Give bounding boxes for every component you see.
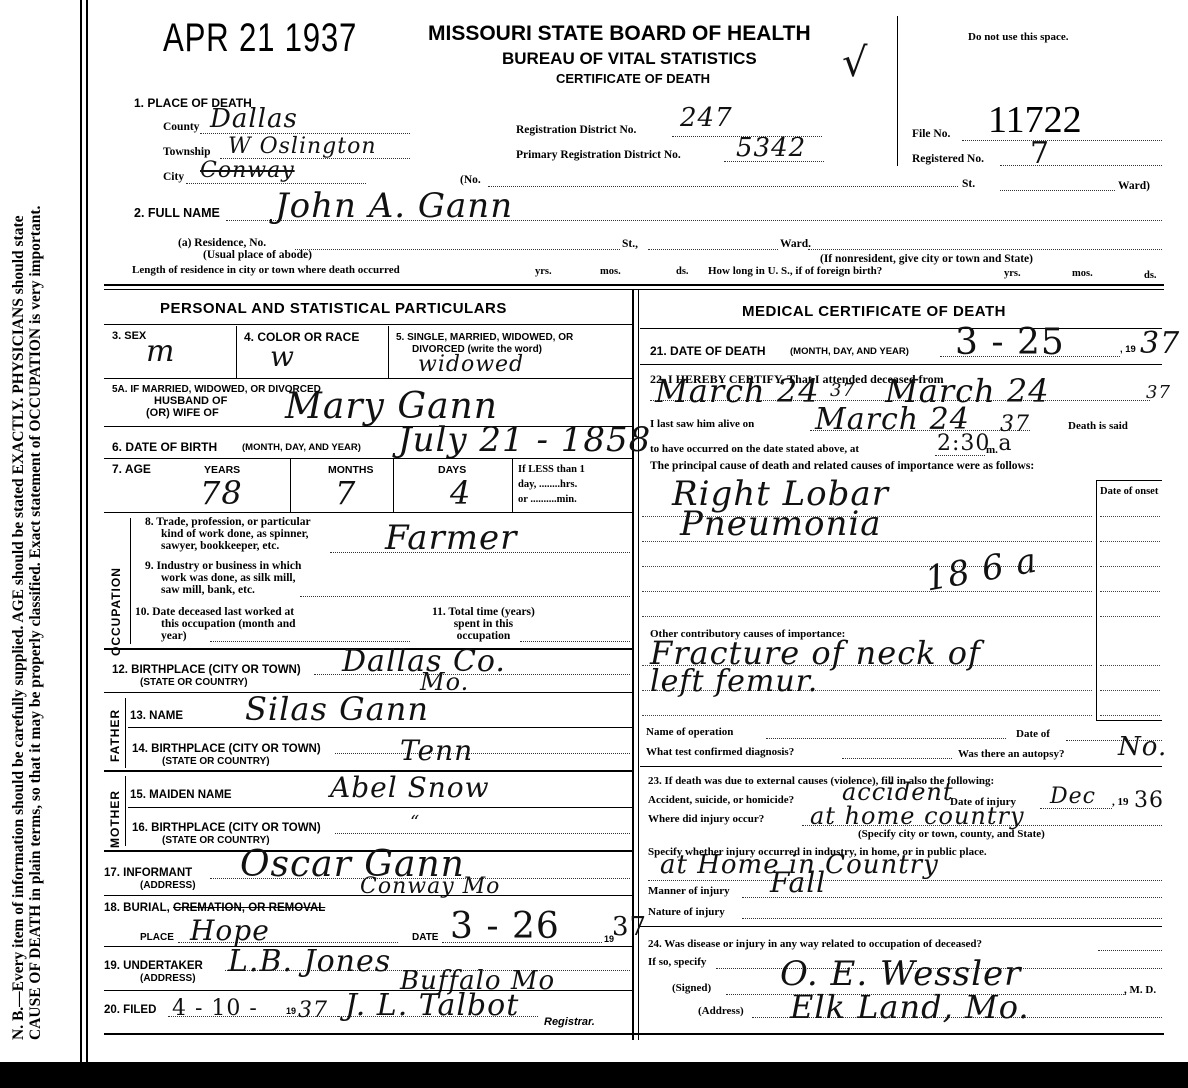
occupation-related-label: 24. Was disease or injury in any way rel… — [648, 938, 982, 950]
divider — [236, 326, 237, 378]
divider — [640, 328, 1162, 329]
marital-value: widowed — [418, 352, 524, 377]
operation-field[interactable] — [766, 738, 1006, 739]
filed-date-value: 4 - 10 - — [172, 996, 258, 1021]
father-side-label: FATHER — [108, 709, 122, 762]
operation-date-label: Date of — [1016, 728, 1050, 740]
medical-section-header: MEDICAL CERTIFICATE OF DEATH — [742, 303, 1006, 320]
dob-sub-label: (MONTH, DAY, AND YEAR) — [242, 442, 361, 453]
onset-line-3[interactable] — [1100, 566, 1160, 567]
residence-yrs-label: yrs. — [535, 266, 552, 277]
date-of-onset-label: Date of onset — [1100, 486, 1158, 497]
maiden-name-label: 15. MAIDEN NAME — [130, 789, 232, 801]
section-divider-top — [104, 284, 1164, 286]
where-injury-value: at home country — [810, 802, 1025, 830]
onset-column-divider — [1096, 480, 1097, 720]
registered-no-label: Registered No. — [912, 153, 984, 165]
street-no-label: (No. — [460, 174, 481, 186]
filed-year-prefix: 19 — [286, 1006, 296, 1016]
manner-value: Fall — [770, 866, 826, 899]
last-saw-label: I last saw him alive on — [650, 418, 754, 430]
attended-from-year: 37 — [830, 380, 855, 401]
cause-line-5[interactable] — [642, 616, 1092, 617]
dod-label: 21. DATE OF DEATH — [650, 344, 766, 358]
dod-year-prefix: , 19 — [1120, 344, 1136, 355]
section-divider-top-2 — [104, 289, 1164, 290]
father-birthplace-sub: (STATE OR COUNTRY) — [162, 756, 270, 767]
race-value: w — [270, 340, 295, 373]
test-label: What test confirmed diagnosis? — [646, 746, 794, 758]
full-name-value: John A. Gann — [275, 186, 513, 226]
other-cause-line-3[interactable] — [642, 715, 1092, 716]
do-not-use-label: Do not use this space. — [968, 31, 1069, 43]
residence-ds-label: ds. — [676, 266, 689, 277]
autopsy-label: Was there an autopsy? — [958, 748, 1064, 760]
nature-label: Nature of injury — [648, 906, 725, 918]
industry-label-2: work was done, as silk mill, — [145, 572, 301, 584]
burial-label-text: 18. BURIAL, — [104, 902, 170, 914]
if-so-specify-label: If so, specify — [648, 956, 706, 968]
full-name-label: 2. FULL NAME — [134, 206, 220, 220]
undertaker-name-value: L.B. Jones — [228, 944, 391, 979]
age-months-value: 7 — [335, 474, 356, 512]
divider — [104, 324, 632, 325]
attended-from-value: March 24 — [655, 372, 820, 410]
other-cause-value-2: left femur. — [650, 664, 818, 699]
nonresident-label: (If nonresident, give city or town and S… — [820, 253, 1033, 265]
divider — [128, 727, 632, 728]
divider — [512, 458, 513, 512]
trade-label: 8. Trade, profession, or particular kind… — [145, 516, 311, 552]
residence-ward-field[interactable] — [648, 249, 778, 250]
father-birthplace-value: Tenn — [400, 734, 473, 767]
foreign-birth-label: How long in U. S., if of foreign birth? — [708, 265, 882, 277]
total-time-label: 11. Total time (years) spent in this occ… — [432, 606, 535, 642]
age-years-value: 78 — [200, 474, 243, 512]
primary-district-label: Primary Registration District No. — [516, 149, 681, 161]
divider — [388, 326, 389, 378]
death-certificate: N. B.—Every item of information should b… — [0, 0, 1188, 1062]
nature-field[interactable] — [742, 918, 1162, 919]
time-value: 2:30 a — [937, 431, 1013, 456]
where-injury-label: Where did injury occur? — [648, 813, 764, 825]
industry-label-3: saw mill, bank, etc. — [145, 584, 301, 596]
board-title: MISSOURI STATE BOARD OF HEALTH — [428, 22, 811, 46]
primary-district-value: 5342 — [736, 133, 806, 163]
age-label: 7. AGE — [112, 462, 151, 476]
maiden-name-value: Abel Snow — [330, 771, 490, 804]
length-of-residence-label: Length of residence in city or town wher… — [132, 264, 400, 276]
manner-label: Manner of injury — [648, 885, 730, 897]
city-value: Conway — [200, 158, 295, 183]
signed-label: (Signed) — [672, 982, 711, 994]
divider — [125, 776, 126, 846]
usual-abode-label: (Usual place of abode) — [203, 249, 312, 261]
autopsy-value: No. — [1118, 732, 1167, 762]
last-worked-label: 10. Date deceased last worked at this oc… — [135, 606, 296, 642]
checkmark-icon: √ — [842, 40, 869, 86]
industry-label-1: 9. Industry or business in which — [145, 560, 301, 572]
burial-year-value: 37 — [612, 912, 647, 942]
burial-label: 18. BURIAL, CREMATION, OR REMOVAL — [104, 902, 325, 914]
injury-year-value: 36 — [1134, 788, 1164, 813]
registered-no-value: 7 — [1030, 136, 1050, 171]
dod-value: 3 - 25 — [955, 322, 1065, 363]
county-label: County — [163, 121, 199, 133]
m-label: m. — [986, 444, 998, 456]
cause-line-4[interactable] — [642, 591, 1092, 592]
residence-st-label: St., — [622, 238, 638, 250]
sex-value: m — [146, 334, 175, 369]
trade-value: Farmer — [385, 518, 517, 558]
file-no-label: File No. — [912, 128, 950, 140]
township-label: Township — [163, 146, 211, 158]
struck-cremation-label: CREMATION, OR REMOVAL — [173, 902, 325, 914]
minutes-field[interactable]: or ..........min. — [518, 494, 577, 505]
mother-side-label: MOTHER — [108, 790, 122, 848]
registered-no-field[interactable] — [1000, 165, 1162, 166]
specify-injury-field[interactable] — [648, 880, 1162, 881]
attended-to-year: 37 — [1146, 382, 1171, 403]
mother-birthplace-label: 16. BIRTHPLACE (CITY OR TOWN) — [132, 822, 321, 834]
burial-place-value: Hope — [190, 914, 270, 947]
residence-mos-label: mos. — [600, 266, 621, 277]
nonresident-field[interactable] — [808, 249, 1162, 250]
age-days-value: 4 — [450, 474, 471, 512]
spouse-label-2: HUSBAND OF — [154, 395, 227, 407]
ward-label: Ward) — [1118, 180, 1150, 192]
residence-label: (a) Residence, No. — [178, 237, 266, 249]
onset-line-6[interactable] — [1100, 665, 1160, 666]
residence-field[interactable] — [295, 249, 620, 250]
bottom-border — [104, 1033, 1164, 1035]
sex-label: 3. SEX — [112, 330, 146, 342]
dod-sub-label: (MONTH, DAY, AND YEAR) — [790, 346, 909, 357]
last-worked-field[interactable] — [210, 641, 410, 642]
operation-label: Name of operation — [646, 726, 733, 738]
undertaker-label: 19. UNDERTAKER — [104, 960, 203, 972]
injury-year-prefix: , 19 — [1112, 796, 1129, 808]
left-border — [80, 0, 82, 1062]
filed-label: 20. FILED — [104, 1004, 156, 1016]
informant-label: 17. INFORMANT — [104, 867, 192, 879]
undertaker-address-label: (ADDRESS) — [140, 973, 196, 984]
physician-address-value: Elk Land, Mo. — [790, 988, 1030, 1026]
father-name-label: 13. NAME — [130, 710, 183, 722]
divider — [640, 926, 1162, 927]
side-note-line-1: N. B.—Every item of information should b… — [10, 0, 27, 1040]
ward-field[interactable] — [1000, 190, 1115, 191]
personal-section-header: PERSONAL AND STATISTICAL PARTICULARS — [160, 300, 507, 317]
informant-address-label: (ADDRESS) — [140, 880, 196, 891]
birthplace-label: 12. BIRTHPLACE (CITY OR TOWN) — [112, 664, 301, 676]
occurred-label: to have occurred on the date stated abov… — [650, 443, 859, 455]
registration-district-value: 247 — [680, 103, 733, 133]
registration-district-label: Registration District No. — [516, 124, 636, 136]
race-label: 4. COLOR OR RACE — [244, 330, 359, 344]
occupation-side-label: OCCUPATION — [109, 567, 123, 656]
onset-line-2[interactable] — [1100, 541, 1160, 542]
onset-line-1[interactable] — [1100, 516, 1160, 517]
birthplace-sub-label: (STATE OR COUNTRY) — [140, 677, 248, 688]
onset-line-8[interactable] — [1100, 715, 1160, 716]
father-birthplace-label: 14. BIRTHPLACE (CITY OR TOWN) — [132, 743, 321, 755]
accident-label: Accident, suicide, or homicide? — [648, 794, 794, 806]
mother-birthplace-value: “ — [410, 812, 420, 833]
onset-line-5[interactable] — [1100, 616, 1160, 617]
onset-line-4[interactable] — [1100, 591, 1160, 592]
us-ds-label: ds. — [1144, 270, 1157, 281]
spouse-label-3: (OR) WIFE OF — [146, 407, 219, 419]
instructions-side-note: N. B.—Every item of information should b… — [10, 0, 44, 1040]
marital-label: 5. SINGLE, MARRIED, WIDOWED, OR — [396, 332, 573, 343]
burial-date-value: 3 - 26 — [450, 906, 560, 947]
city-label: City — [163, 171, 184, 183]
residence-ward-label: Ward. — [780, 238, 811, 250]
divider — [104, 458, 632, 459]
divider — [104, 378, 632, 379]
divider — [640, 766, 1162, 767]
cause-value-2: Pneumonia — [680, 504, 882, 544]
registrar-label: Registrar. — [544, 1016, 595, 1028]
divider — [104, 512, 632, 513]
hours-field[interactable]: day, ........hrs. — [518, 479, 577, 490]
occupation-related-field[interactable] — [1098, 950, 1162, 951]
industry-field[interactable] — [300, 596, 630, 597]
form-title: CERTIFICATE OF DEATH — [556, 71, 710, 86]
injury-date-value: Dec — [1050, 784, 1096, 809]
divider — [393, 458, 394, 512]
md-label: , M. D. — [1124, 984, 1156, 996]
mother-birthplace-field[interactable] — [335, 833, 630, 834]
divider — [104, 895, 632, 896]
trade-label-3: sawyer, bookkeeper, etc. — [145, 540, 311, 552]
principal-cause-label: The principal cause of death and related… — [650, 460, 1034, 472]
divider — [130, 518, 131, 644]
burial-date-label: DATE — [412, 932, 438, 943]
total-time-label-1: 11. Total time (years) — [432, 606, 535, 618]
us-yrs-label: yrs. — [1004, 268, 1021, 279]
trade-label-1: 8. Trade, profession, or particular — [145, 516, 311, 528]
last-worked-label-1: 10. Date deceased last worked at — [135, 606, 296, 618]
filed-year-value: 37 — [298, 998, 328, 1023]
father-birthplace-field[interactable] — [335, 753, 630, 754]
county-value: Dallas — [210, 104, 298, 134]
divider — [290, 458, 291, 512]
father-name-value: Silas Gann — [245, 690, 429, 728]
divider — [125, 698, 126, 768]
where-injury-sub: (Specify city or town, county, and State… — [858, 828, 1045, 840]
city-field[interactable] — [186, 183, 366, 184]
last-worked-label-2: this occupation (month and — [135, 618, 296, 630]
township-value: W Oslington — [228, 134, 377, 159]
divider — [128, 807, 632, 808]
test-field[interactable] — [842, 758, 952, 759]
side-note-line-2: CAUSE OF DEATH in plain terms, so that i… — [27, 0, 44, 1040]
burial-place-label: PLACE — [140, 932, 174, 943]
registrar-signature: J. L. Talbot — [345, 988, 519, 1023]
received-date-stamp: APR 21 1937 — [163, 16, 357, 61]
left-border-inner — [86, 0, 88, 1062]
street-st-label: St. — [962, 178, 975, 190]
total-time-field[interactable] — [520, 641, 630, 642]
onset-line-7[interactable] — [1100, 690, 1160, 691]
divider — [640, 364, 1162, 365]
death-is-said-label: Death is said — [1068, 420, 1128, 432]
divider — [1096, 720, 1162, 721]
less-than-day-label: If LESS than 1 — [518, 464, 585, 475]
total-time-label-2: spent in this — [432, 618, 535, 630]
industry-label: 9. Industry or business in which work wa… — [145, 560, 301, 596]
divider — [1096, 480, 1162, 481]
dob-label: 6. DATE OF BIRTH — [112, 440, 217, 454]
street-field[interactable] — [488, 186, 958, 187]
physician-address-label: (Address) — [698, 1005, 744, 1017]
dod-year-value: 37 — [1140, 326, 1180, 361]
us-mos-label: mos. — [1072, 268, 1093, 279]
dob-value: July 21 - 1858 — [398, 420, 651, 460]
bureau-title: BUREAU OF VITAL STATISTICS — [502, 49, 757, 69]
trade-label-2: kind of work done, as spinner, — [145, 528, 311, 540]
header-divider — [897, 16, 898, 166]
